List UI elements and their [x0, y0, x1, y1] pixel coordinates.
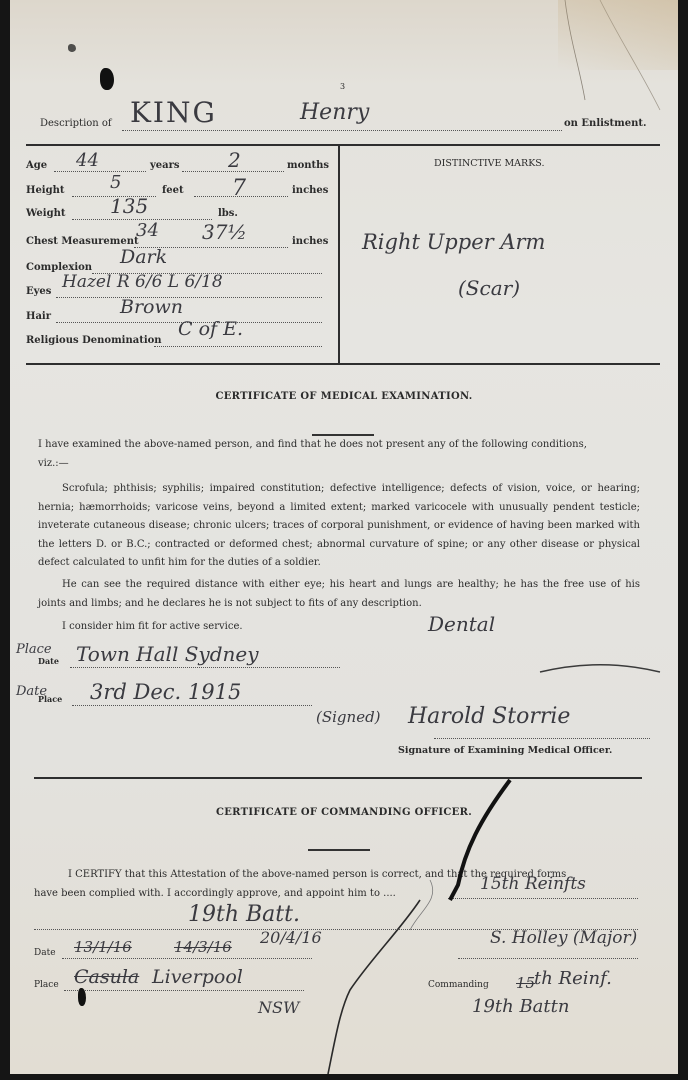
attestation-page: 3 Description of KING Henry on Enlistmen…	[10, 0, 678, 1074]
paper-tear	[10, 0, 678, 1074]
punch-hole-lower	[78, 988, 86, 1006]
